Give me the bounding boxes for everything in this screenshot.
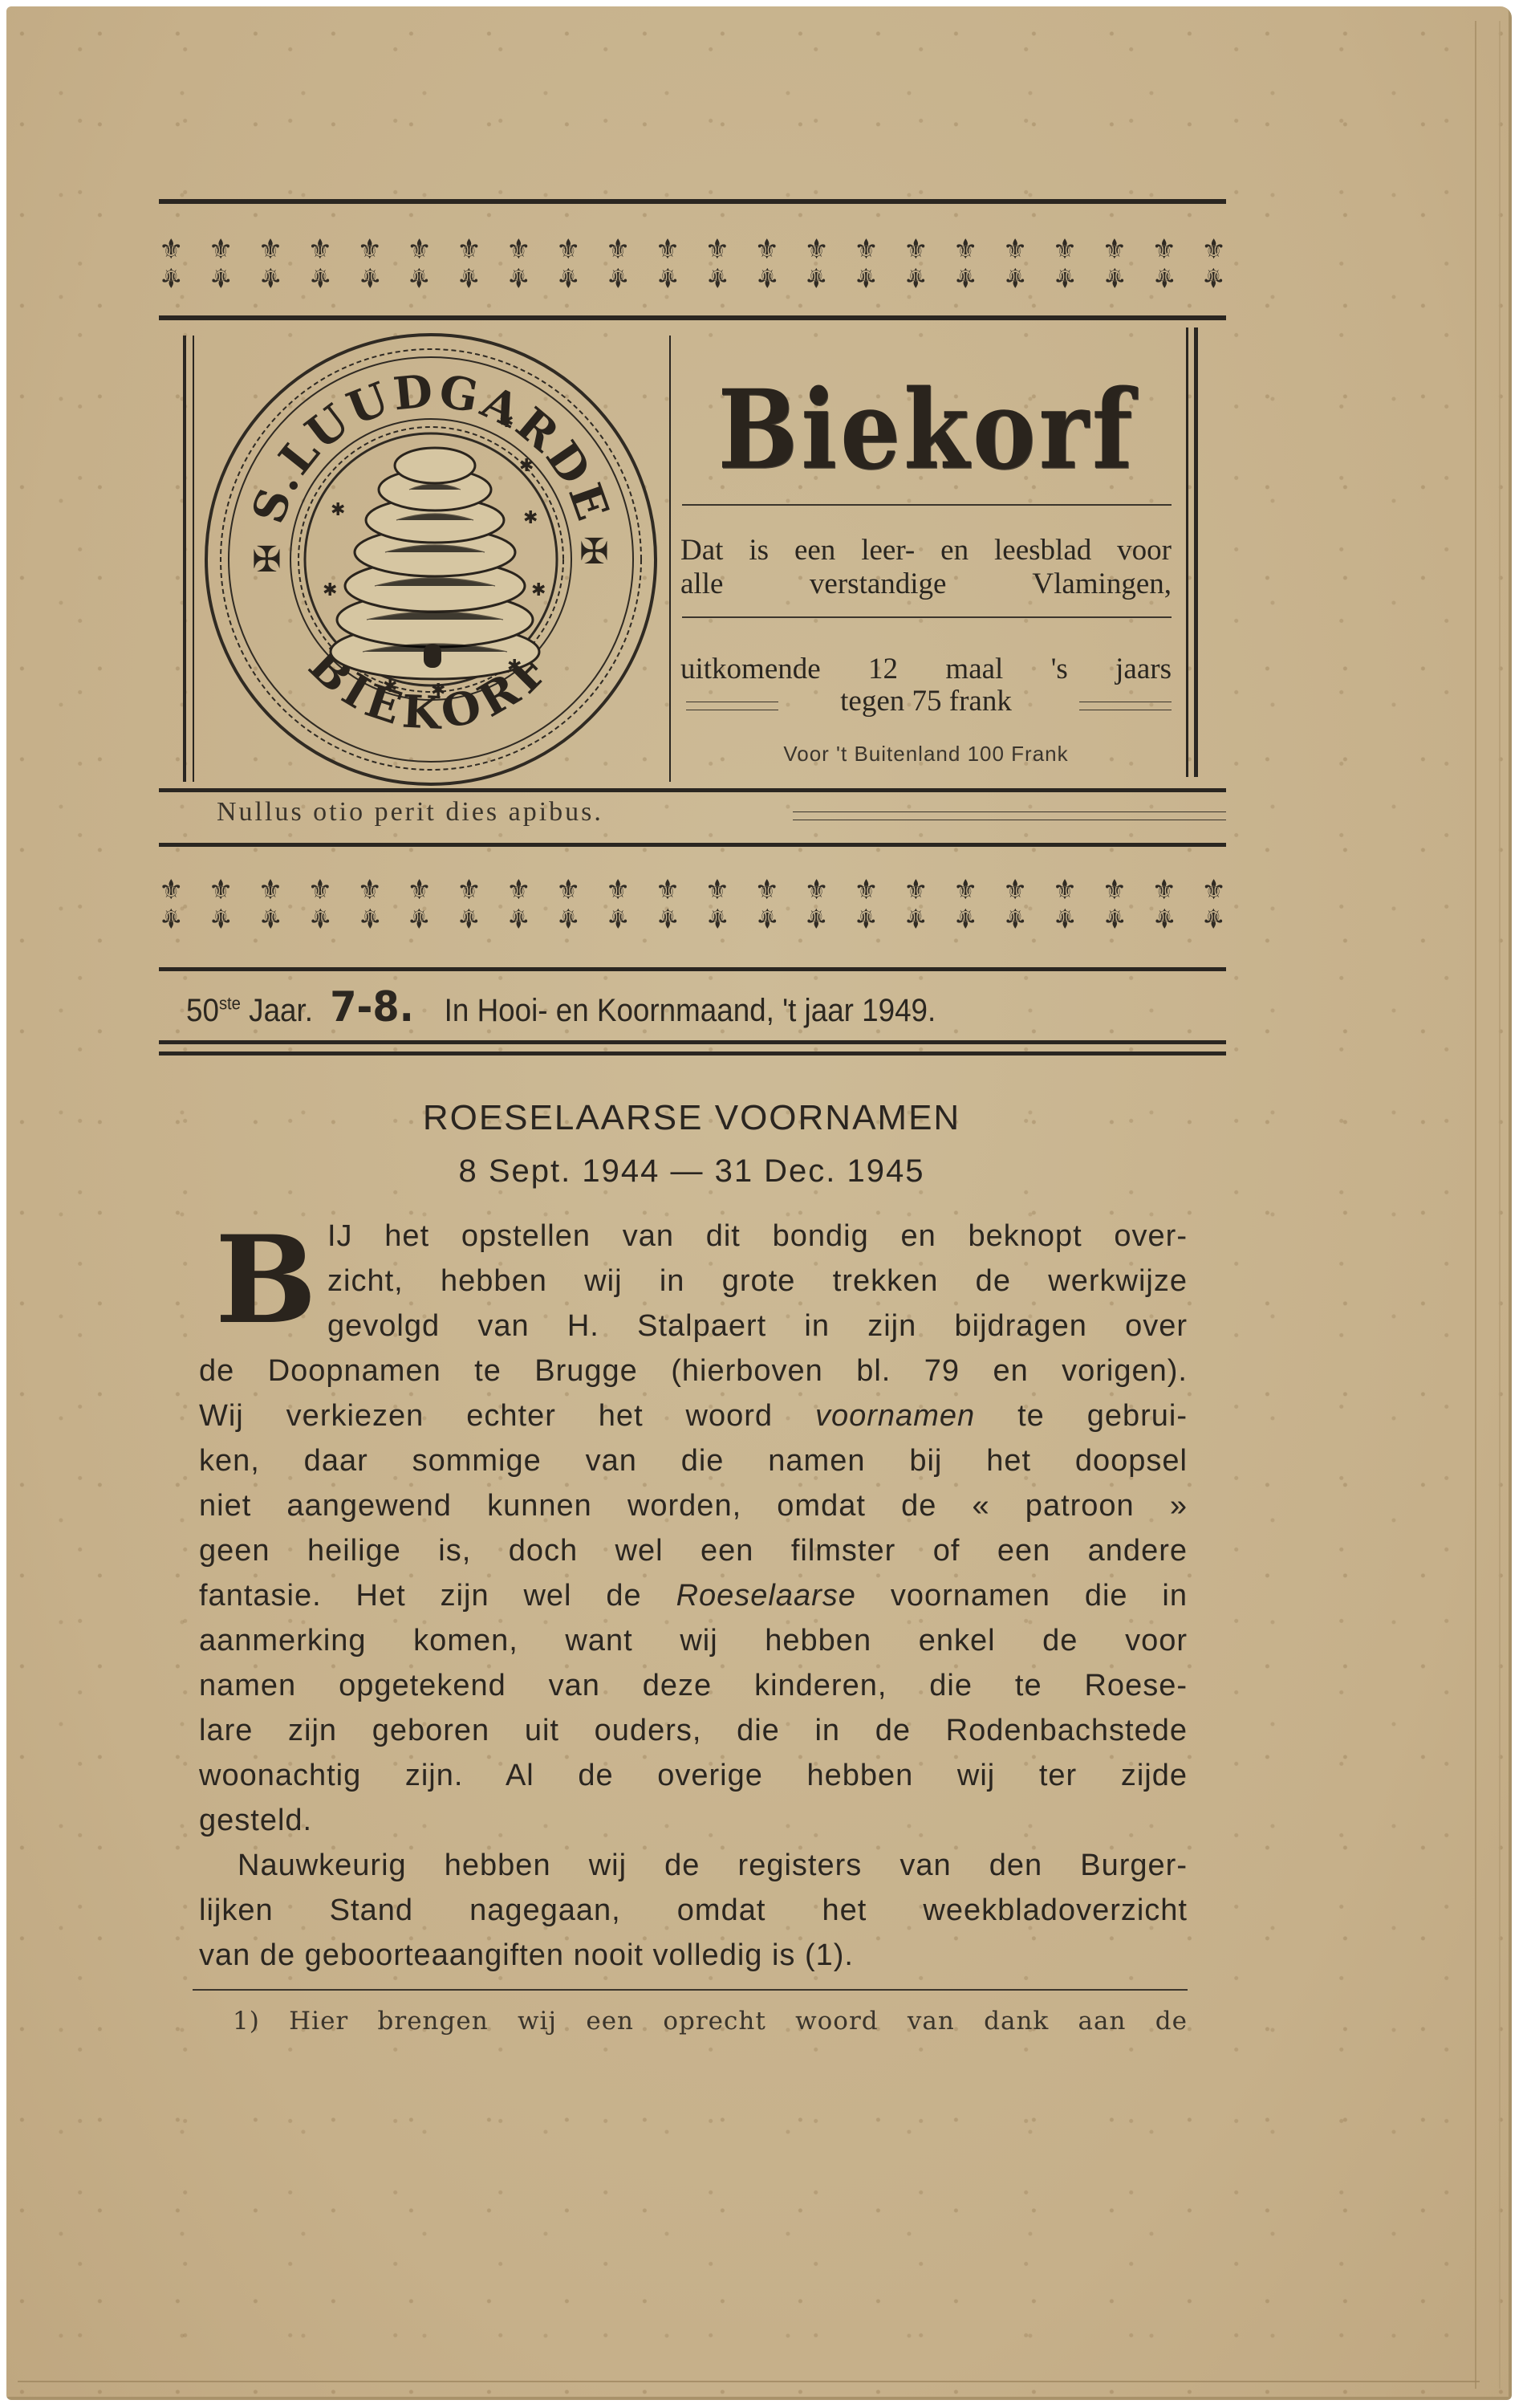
fleuron-icon: ⚜⚜ xyxy=(656,236,680,291)
issue-rule-2 xyxy=(159,1051,1226,1056)
fleuron-icon: ⚜⚜ xyxy=(308,236,332,291)
fleuron-icon: ⚜⚜ xyxy=(457,877,481,931)
svg-text:✱: ✱ xyxy=(323,580,337,600)
body-line: lare zijn geboren uit ouders, die in de … xyxy=(199,1713,1188,1748)
fleuron-icon: ⚜⚜ xyxy=(1201,877,1225,931)
issue-date: In Hooi- en Koornmaand, 't jaar 1949. xyxy=(445,993,936,1028)
fleuron-icon: ⚜⚜ xyxy=(606,877,630,931)
body-line: gevolgd van H. Stalpaert in zijn bijdrag… xyxy=(327,1308,1188,1344)
fleuron-icon: ⚜⚜ xyxy=(656,877,680,931)
title-divider xyxy=(682,504,1172,506)
fleuron-icon: ⚜⚜ xyxy=(1053,877,1077,931)
footnote: 1) Hier brengen wij een oprecht woord va… xyxy=(233,2007,1188,2036)
svg-text:✱: ✱ xyxy=(507,657,522,677)
fleuron-icon: ⚜⚜ xyxy=(755,236,779,291)
body-text: Wij verkiezen echter het woord xyxy=(199,1399,773,1433)
body-line: niet aangewend kunnen worden, omdat de «… xyxy=(199,1488,1188,1523)
body-line: zicht, hebben wij in grote trekken de we… xyxy=(327,1263,1188,1299)
body-line: ken, daar sommige van die namen bij het … xyxy=(199,1443,1188,1479)
footnote-rule xyxy=(193,1989,1188,1991)
svg-text:✱: ✱ xyxy=(531,580,546,600)
body-line: gesteld. xyxy=(199,1803,1188,1838)
fleuron-icon: ⚜⚜ xyxy=(904,877,928,931)
fleuron-icon: ⚜⚜ xyxy=(358,877,382,931)
body-line: de Doopnamen te Brugge (hierboven bl. 79… xyxy=(199,1353,1188,1389)
fleuron-icon: ⚜⚜ xyxy=(506,877,530,931)
foreign-price: Voor 't Buitenland 100 Frank xyxy=(680,742,1172,767)
issue-line: 50ste Jaar. 7-8. In Hooi- en Koornmaand,… xyxy=(186,983,1139,1031)
fleuron-icon: ⚜⚜ xyxy=(308,877,332,931)
svg-text:✠: ✠ xyxy=(252,539,282,580)
svg-text:✱: ✱ xyxy=(331,500,345,520)
fleuron-icon: ⚜⚜ xyxy=(1003,877,1027,931)
body-line: woonachtig zijn. Al de overige hebben wi… xyxy=(199,1758,1188,1793)
year-label: Jaar. xyxy=(249,993,313,1028)
italic-term: Roeselaarse xyxy=(676,1579,856,1613)
frequency-text: uitkomende 12 maal 's jaars xyxy=(680,652,1172,687)
tagline-line-2: alle verstandige Vlamingen, xyxy=(680,567,1172,602)
fleuron-icon: ⚜⚜ xyxy=(1152,877,1176,931)
ornament2-bottom-rule xyxy=(159,967,1226,971)
top-rule xyxy=(159,199,1226,204)
frame-left-outer xyxy=(183,336,186,782)
year-number: 50 xyxy=(186,993,219,1028)
article-date-range: 8 Sept. 1944 — 31 Dec. 1945 xyxy=(186,1153,1197,1190)
fleuron-icon: ⚜⚜ xyxy=(705,236,729,291)
ornament-band-bottom: ⚜⚜⚜⚜⚜⚜⚜⚜⚜⚜⚜⚜⚜⚜⚜⚜⚜⚜⚜⚜⚜⚜⚜⚜⚜⚜⚜⚜⚜⚜⚜⚜⚜⚜⚜⚜⚜⚜⚜⚜… xyxy=(159,857,1226,950)
fleuron-icon: ⚜⚜ xyxy=(556,877,580,931)
motto-rule-b xyxy=(793,820,1226,820)
fleuron-icon: ⚜⚜ xyxy=(705,877,729,931)
fleuron-icon: ⚜⚜ xyxy=(1152,236,1176,291)
frame-divider xyxy=(669,336,671,782)
fleuron-icon: ⚜⚜ xyxy=(804,877,828,931)
frame-left-inner xyxy=(193,336,194,782)
year-suffix: ste xyxy=(219,994,241,1014)
page-bottom-edge xyxy=(18,2381,1480,2382)
svg-text:✠: ✠ xyxy=(579,531,609,572)
masthead-bottom-rule xyxy=(159,788,1226,792)
fleuron-icon: ⚜⚜ xyxy=(953,877,977,931)
ornament2-top-rule xyxy=(159,843,1226,847)
body-text: te gebrui- xyxy=(1017,1399,1188,1433)
fleuron-icon: ⚜⚜ xyxy=(258,877,282,931)
body-line: van de geboorteaangiften nooit volledig … xyxy=(199,1938,1188,1973)
issue-number: 7-8. xyxy=(330,983,414,1031)
tagline-line-1: Dat is een leer- en leesblad voor xyxy=(680,533,1172,568)
fleuron-icon: ⚜⚜ xyxy=(1053,236,1077,291)
tagline-divider xyxy=(682,616,1172,618)
svg-text:✱: ✱ xyxy=(431,681,445,701)
fleuron-icon: ⚜⚜ xyxy=(854,877,878,931)
fleuron-icon: ⚜⚜ xyxy=(854,236,878,291)
fleuron-icon: ⚜⚜ xyxy=(1103,236,1127,291)
svg-text:✱: ✱ xyxy=(499,412,514,432)
svg-text:✱: ✱ xyxy=(519,456,534,476)
latin-motto: Nullus otio perit dies apibus. xyxy=(217,797,603,828)
body-line: fantasie. Het zijn wel de Roeselaarse vo… xyxy=(199,1578,1188,1613)
fleuron-icon: ⚜⚜ xyxy=(209,877,233,931)
svg-text:✱: ✱ xyxy=(523,508,538,528)
body-line: Wij verkiezen echter het woord voornamen… xyxy=(199,1398,1188,1434)
fleuron-icon: ⚜⚜ xyxy=(209,236,233,291)
fleuron-icon: ⚜⚜ xyxy=(804,236,828,291)
frame-right-inner xyxy=(1186,327,1188,777)
fleuron-icon: ⚜⚜ xyxy=(1003,236,1027,291)
fleuron-icon: ⚜⚜ xyxy=(506,236,530,291)
body-line: namen opgetekend van deze kinderen, die … xyxy=(199,1668,1188,1703)
body-text: fantasie. Het zijn wel de xyxy=(199,1579,642,1613)
price-rule-right-a xyxy=(1079,702,1172,702)
magazine-title: Biekorf xyxy=(698,365,1155,494)
price-rule-right-b xyxy=(1079,710,1172,710)
page-edge xyxy=(1475,21,1501,2389)
fleuron-icon: ⚜⚜ xyxy=(159,877,183,931)
ornament-bottom-rule xyxy=(159,315,1226,320)
fleuron-icon: ⚜⚜ xyxy=(1103,877,1127,931)
fleuron-icon: ⚜⚜ xyxy=(606,236,630,291)
article-title: ROESELAARSE VOORNAMEN xyxy=(186,1098,1197,1138)
fleuron-icon: ⚜⚜ xyxy=(1201,236,1225,291)
fleuron-icon: ⚜⚜ xyxy=(159,236,183,291)
body-line: lijken Stand nagegaan, omdat het weekbla… xyxy=(199,1893,1188,1928)
fleuron-icon: ⚜⚜ xyxy=(258,236,282,291)
italic-term: voornamen xyxy=(815,1399,975,1433)
frame-right-outer xyxy=(1194,327,1198,777)
beehive-seal-icon: S.LUUDGARDE BIEKORF ✠ ✠ ✱✱✱ ✱✱✱ ✱✱✱ xyxy=(202,331,660,788)
body-line: Nauwkeurig hebben wij de registers van d… xyxy=(199,1848,1188,1883)
motto-rule-a xyxy=(793,811,1226,812)
body-line: geen heilige is, doch wel een filmster o… xyxy=(199,1533,1188,1568)
issue-rule-1 xyxy=(159,1040,1226,1044)
fleuron-icon: ⚜⚜ xyxy=(358,236,382,291)
fleuron-icon: ⚜⚜ xyxy=(904,236,928,291)
body-line: aanmerking komen, want wij hebben enkel … xyxy=(199,1623,1188,1658)
fleuron-icon: ⚜⚜ xyxy=(407,877,431,931)
fleuron-icon: ⚜⚜ xyxy=(407,236,431,291)
ornament-band-top: ⚜⚜⚜⚜⚜⚜⚜⚜⚜⚜⚜⚜⚜⚜⚜⚜⚜⚜⚜⚜⚜⚜⚜⚜⚜⚜⚜⚜⚜⚜⚜⚜⚜⚜⚜⚜⚜⚜⚜⚜… xyxy=(159,217,1226,309)
fleuron-icon: ⚜⚜ xyxy=(556,236,580,291)
fleuron-icon: ⚜⚜ xyxy=(953,236,977,291)
drop-cap: B xyxy=(215,1220,317,1340)
fleuron-icon: ⚜⚜ xyxy=(457,236,481,291)
body-text: voornamen die in xyxy=(891,1579,1188,1613)
body-line: IJ het opstellen van dit bondig en bekno… xyxy=(327,1218,1188,1254)
svg-text:✱: ✱ xyxy=(383,677,397,697)
fleuron-icon: ⚜⚜ xyxy=(755,877,779,931)
